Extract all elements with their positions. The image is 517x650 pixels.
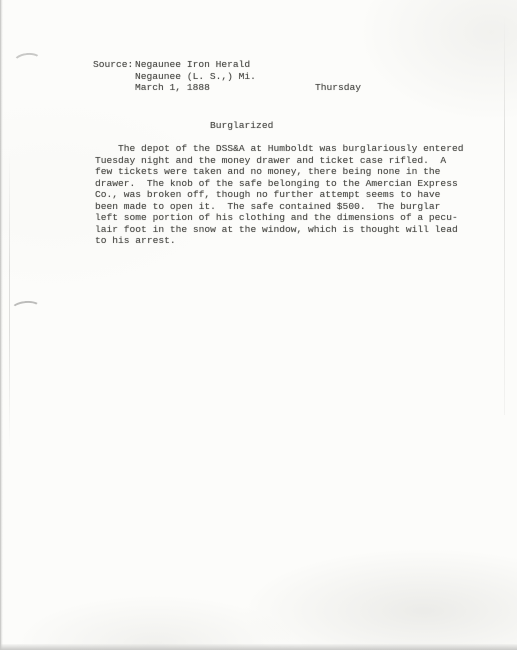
article-line: to his arrest. [95, 235, 176, 247]
scan-edge-left [0, 0, 3, 650]
document-page: Source: Negaunee Iron Herald Negaunee (L… [0, 0, 517, 650]
article-title: Burglarized [210, 120, 273, 132]
scan-curl-mark-middle [10, 300, 41, 318]
scan-curl-mark-top [12, 52, 43, 72]
source-label: Source: [93, 59, 133, 71]
article-line: Co., was broken off, though no further a… [95, 189, 440, 201]
article-line: Tuesday night and the money drawer and t… [95, 155, 446, 167]
article-line: The depot of the DSS&A at Humboldt was b… [95, 143, 463, 155]
article-line: few tickets were taken and no money, the… [95, 166, 440, 178]
source-line-date: March 1, 1888 [135, 82, 210, 94]
scan-edge-right [504, 15, 505, 415]
source-line-location: Negaunee (L. S.,) Mi. [135, 71, 256, 83]
article-line: lair foot in the snow at the window, whi… [95, 224, 458, 236]
scan-edge-bottom [0, 644, 517, 650]
source-line-publication: Negaunee Iron Herald [135, 59, 250, 71]
article-line: drawer. The knob of the safe belonging t… [95, 178, 458, 190]
day-of-week-label: Thursday [315, 82, 361, 94]
article-line: left some portion of his clothing and th… [95, 212, 458, 224]
article-line: been made to open it. The safe contained… [95, 201, 440, 213]
scan-crease-left [9, 150, 10, 450]
